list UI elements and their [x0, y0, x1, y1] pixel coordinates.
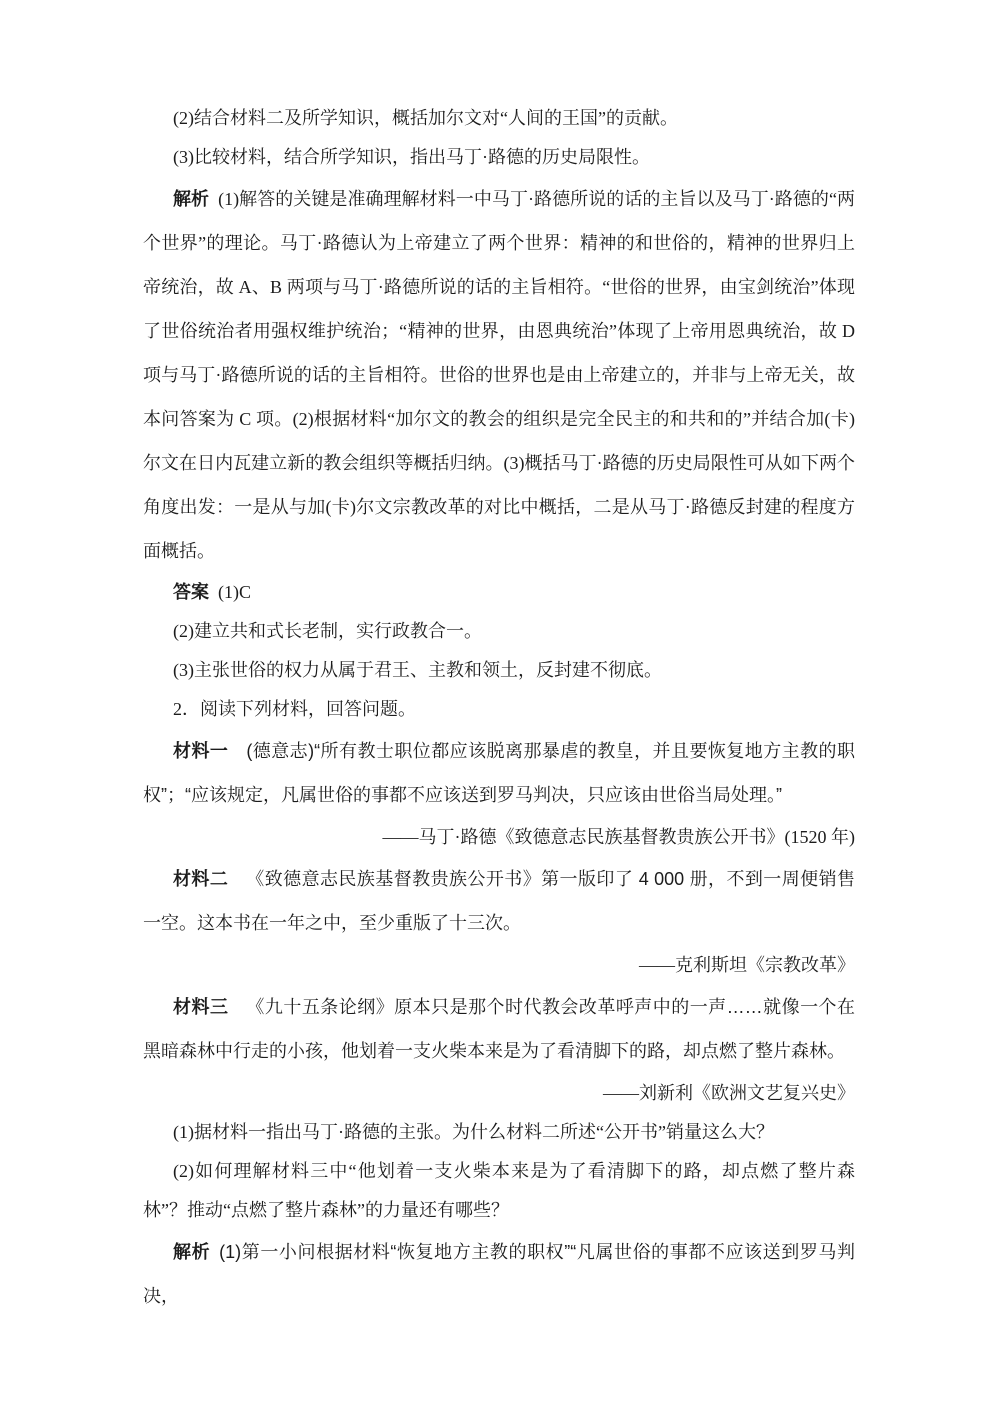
analysis-text: (1)第一小问根据材料“恢复地方主教的职权”“凡属世俗的事都不应该送到罗马判决， — [143, 1242, 855, 1306]
material-2-label: 材料二 — [173, 869, 228, 889]
answer-label: 答案 — [173, 582, 209, 602]
material-3: 材料三《九十五条论纲》原本只是那个时代教会改革呼声中的一声……就像一个在黑暗森林… — [143, 985, 855, 1073]
exercise1-question-sub3: (3)比较材料，结合所学知识，指出马丁·路德的历史局限性。 — [143, 138, 855, 177]
exercise1-answer-sub3: (3)主张世俗的权力从属于君王、主教和领土，反封建不彻底。 — [143, 651, 855, 690]
material-1: 材料一(德意志)“所有教士职位都应该脱离那暴虐的教皇，并且要恢复地方主教的职权”… — [143, 729, 855, 817]
exercise2-question-sub1: (1)据材料一指出马丁·路德的主张。为什么材料二所述“公开书”销量这么大？ — [143, 1113, 855, 1152]
material-2-source: ——克利斯坦《宗教改革》 — [143, 945, 855, 985]
analysis-label: 解析 — [173, 1242, 210, 1262]
exercise2-analysis: 解析(1)第一小问根据材料“恢复地方主教的职权”“凡属世俗的事都不应该送到罗马判… — [143, 1230, 855, 1318]
document-page: (2)结合材料二及所学知识，概括加尔文对“人间的王国”的贡献。 (3)比较材料，… — [0, 0, 1000, 1414]
exercise1-analysis: 解析(1)解答的关键是准确理解材料一中马丁·路德所说的话的主旨以及马丁·路德的“… — [143, 177, 855, 573]
material-2-text: 《致德意志民族基督教贵族公开书》第一版印了 4 000 册，不到一周便销售一空。… — [143, 869, 855, 933]
material-1-label: 材料一 — [173, 741, 228, 761]
analysis-text: (1)解答的关键是准确理解材料一中马丁·路德所说的话的主旨以及马丁·路德的“两个… — [143, 189, 855, 561]
material-1-text: (德意志)“所有教士职位都应该脱离那暴虐的教皇，并且要恢复地方主教的职权”；“应… — [143, 741, 855, 805]
material-3-text: 《九十五条论纲》原本只是那个时代教会改革呼声中的一声……就像一个在黑暗森林中行走… — [143, 997, 855, 1061]
material-3-label: 材料三 — [173, 997, 228, 1017]
analysis-label: 解析 — [173, 189, 209, 209]
material-3-source: ——刘新利《欧洲文艺复兴史》 — [143, 1073, 855, 1113]
exercise1-answer-sub2: (2)建立共和式长老制，实行政教合一。 — [143, 612, 855, 651]
exercise2-question-sub2: (2)如何理解材料三中“他划着一支火柴本来是为了看清脚下的路，却点燃了整片森林”… — [143, 1152, 855, 1230]
exercise2-intro: 2．阅读下列材料，回答问题。 — [143, 690, 855, 729]
material-1-source: ——马丁·路德《致德意志民族基督教贵族公开书》(1520 年) — [143, 817, 855, 857]
exercise1-question-sub2: (2)结合材料二及所学知识，概括加尔文对“人间的王国”的贡献。 — [143, 99, 855, 138]
exercise1-answer-heading: 答案(1)C — [143, 573, 855, 612]
material-2: 材料二《致德意志民族基督教贵族公开书》第一版印了 4 000 册，不到一周便销售… — [143, 857, 855, 945]
answer-sub1: (1)C — [218, 582, 251, 602]
